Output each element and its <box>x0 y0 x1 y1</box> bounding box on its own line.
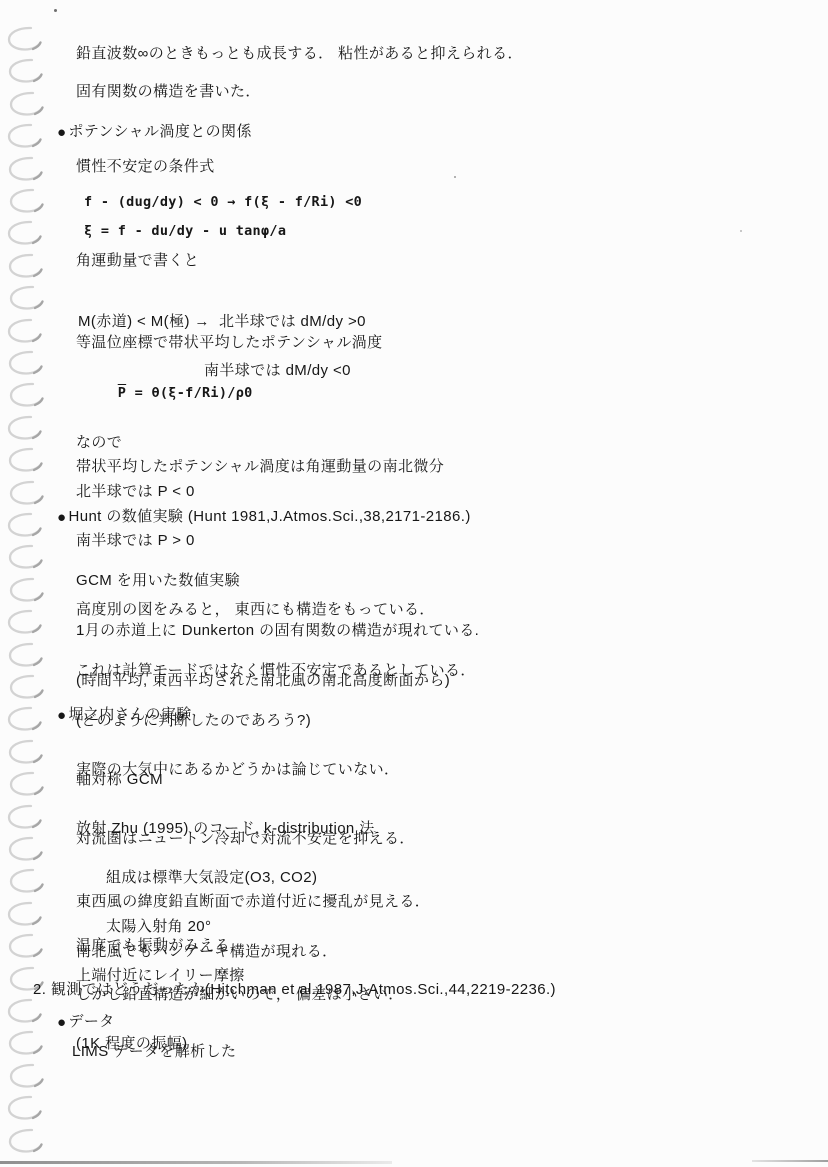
binding-ring-icon <box>6 285 48 311</box>
hunt-line-mode: これは計算モードではなく慣性不安定であるとしている． <box>76 663 476 680</box>
angular-momentum-label: 角運動量で書くと <box>76 253 199 270</box>
intro-line-growth: 鉛直波数∞のときもっとも成長する． 粘性があると抑えられる． <box>76 46 523 63</box>
conclusion-naode: なので <box>76 435 195 451</box>
binding-ring-icon <box>5 156 47 182</box>
binding-ring-icon <box>5 1128 47 1154</box>
binding-ring-icon <box>5 544 47 570</box>
binding-ring-icon <box>6 480 48 506</box>
binding-ring-icon <box>5 253 47 279</box>
binding-ring-icon <box>5 447 47 473</box>
scanned-notes-page: 鉛直波数∞のときもっとも成長する． 粘性があると抑えられる． 固有関数の構造を書… <box>0 0 828 1167</box>
hunt-line-gcm: GCM を用いた数値実験 <box>76 572 479 589</box>
section-heading-potential-vorticity: ● ポテンシャル渦度との関係 <box>57 124 252 141</box>
binding-ring-icon <box>5 836 47 862</box>
binding-ring-icon <box>6 91 48 117</box>
section-heading-data: ● データ <box>57 1014 115 1031</box>
bullet-icon: ● <box>57 510 66 525</box>
formula-instability-condition: f - (dug/dy) < 0 → f(ξ - f/Ri) <0 <box>84 194 362 210</box>
binding-ring-icon <box>4 415 46 441</box>
pv-summary-line: 帯状平均したポテンシャル渦度は角運動量の南北微分 <box>76 459 444 476</box>
binding-ring-icon <box>6 771 48 797</box>
scan-speck <box>54 9 57 12</box>
binding-ring-icon <box>4 706 46 732</box>
binding-ring-icon <box>5 642 47 668</box>
scan-edge-shadow <box>752 1160 828 1162</box>
section-heading-horinouchi-experiment: ● 堀之内さんの実験 <box>57 707 192 724</box>
binding-ring-icon <box>6 674 48 700</box>
section-heading-hunt-experiment: ● Hunt の数値実験 (Hunt 1981,J.Atmos.Sci.,38,… <box>57 509 471 526</box>
section-heading-observations: 2. 観測ではどうだったか(Hitchman et al.1987,J.Atmo… <box>33 982 556 999</box>
hori-line-temp-oscillation: 温度でも振動がみえる． <box>76 938 404 954</box>
binding-ring-icon <box>5 739 47 765</box>
formula-pv-rest: = θ(ξ-f/Ri)/ρ0 <box>126 385 252 401</box>
formula-xi-definition: ξ = f - du/dy - u tanφ/a <box>84 223 286 239</box>
binding-ring-icon <box>4 804 46 830</box>
intro-line-eigenfunction: 固有関数の構造を書いた． <box>76 84 261 101</box>
binding-ring-icon <box>4 609 46 635</box>
bullet-icon: ● <box>57 708 66 723</box>
momentum-line-nh: M(赤道) < M(極) → 北半球では dM/dy >0 <box>78 314 366 330</box>
binding-ring-icon <box>5 58 47 84</box>
lims-data-line: LIMS データを解析した <box>72 1044 236 1061</box>
binding-ring-icon <box>6 382 48 408</box>
bullet-icon: ● <box>57 1015 66 1030</box>
isentropic-pv-label: 等温位座標で帯状平均したポテンシャル渦度 <box>76 335 383 352</box>
binding-ring-icon <box>4 123 46 149</box>
conclusion-nh: 北半球では P < 0 <box>76 484 195 500</box>
hori-newtonian-cooling-line: 対流圏はニュートン冷却で対流不安定を抑える． <box>76 831 415 848</box>
binding-ring-icon <box>5 933 47 959</box>
binding-ring-icon <box>4 901 46 927</box>
hunt-altitude-line: 高度別の図をみると， 東西にも構造をもっている． <box>76 602 435 619</box>
section-title: ポテンシャル渦度との関係 <box>68 124 251 141</box>
hori-line-axisym-gcm: 軸対称 GCM <box>76 772 375 788</box>
binding-ring-icon <box>5 1030 47 1056</box>
binding-ring-icon <box>4 26 46 52</box>
binding-ring-icon <box>6 188 48 214</box>
binding-ring-icon <box>4 1095 46 1121</box>
scan-speck <box>454 176 456 178</box>
binding-ring-icon <box>5 350 47 376</box>
binding-ring-icon <box>4 512 46 538</box>
binding-ring-icon <box>4 998 46 1024</box>
bullet-icon: ● <box>57 125 66 140</box>
binding-ring-icon <box>4 220 46 246</box>
section-title: データ <box>68 1014 114 1031</box>
binding-ring-icon <box>6 1063 48 1089</box>
scan-edge-shadow <box>0 1161 392 1164</box>
condition-label: 慣性不安定の条件式 <box>76 159 215 176</box>
p-bar-symbol: P <box>118 385 126 401</box>
scan-speck <box>740 230 742 232</box>
binding-ring-icon <box>6 577 48 603</box>
section-title: 堀之内さんの実験 <box>68 707 191 724</box>
binding-ring-icon <box>4 318 46 344</box>
section-title: Hunt の数値実験 (Hunt 1981,J.Atmos.Sci.,38,21… <box>68 509 470 526</box>
binding-ring-icon <box>6 868 48 894</box>
